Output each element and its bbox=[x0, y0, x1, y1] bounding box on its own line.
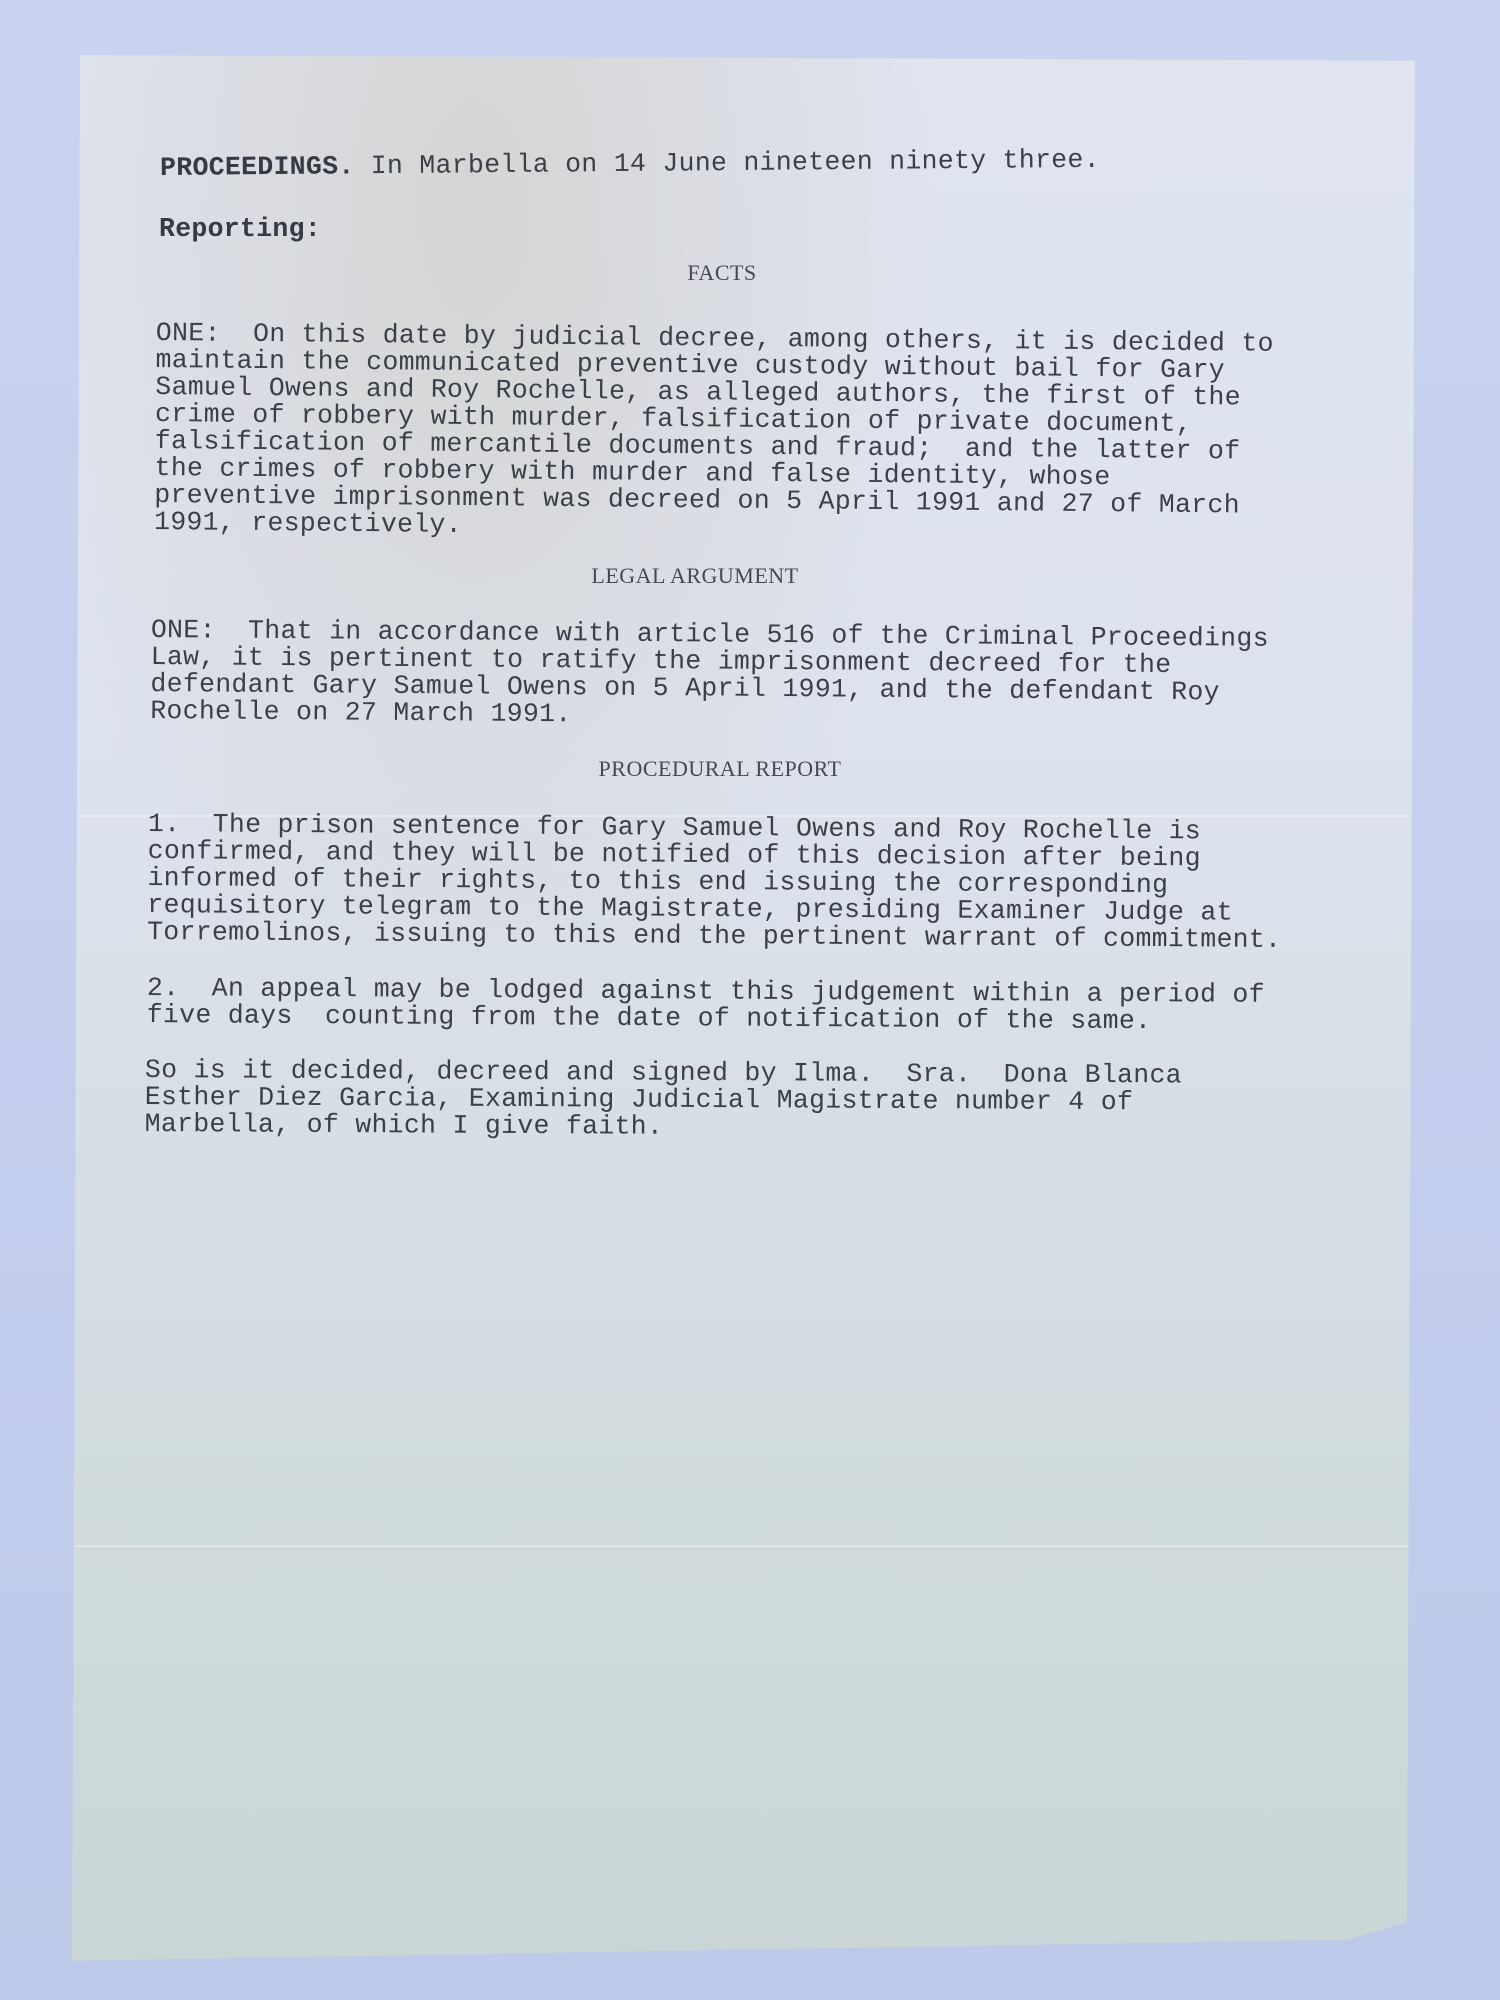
legal-argument-paragraph: ONE: That in accordance with article 516… bbox=[150, 617, 1269, 734]
paper-fold-line bbox=[72, 1545, 1415, 1547]
legal-argument-heading: LEGAL ARGUMENT bbox=[591, 563, 798, 589]
facts-heading: FACTS bbox=[687, 260, 756, 286]
procedural-report-heading: PROCEDURAL REPORT bbox=[599, 756, 842, 782]
text-line: five days counting from the date of noti… bbox=[147, 1002, 1265, 1036]
procedural-item-2: 2. An appeal may be lodged against this … bbox=[147, 975, 1265, 1036]
reporting-label: Reporting: bbox=[159, 216, 321, 243]
proceedings-label: PROCEEDINGS. bbox=[160, 151, 355, 183]
procedural-item-1: 1. The prison sentence for Gary Samuel O… bbox=[147, 811, 1282, 954]
facts-paragraph: ONE: On this date by judicial decree, am… bbox=[154, 320, 1274, 547]
closing-paragraph: So is it decided, decreed and signed by … bbox=[145, 1057, 1182, 1143]
